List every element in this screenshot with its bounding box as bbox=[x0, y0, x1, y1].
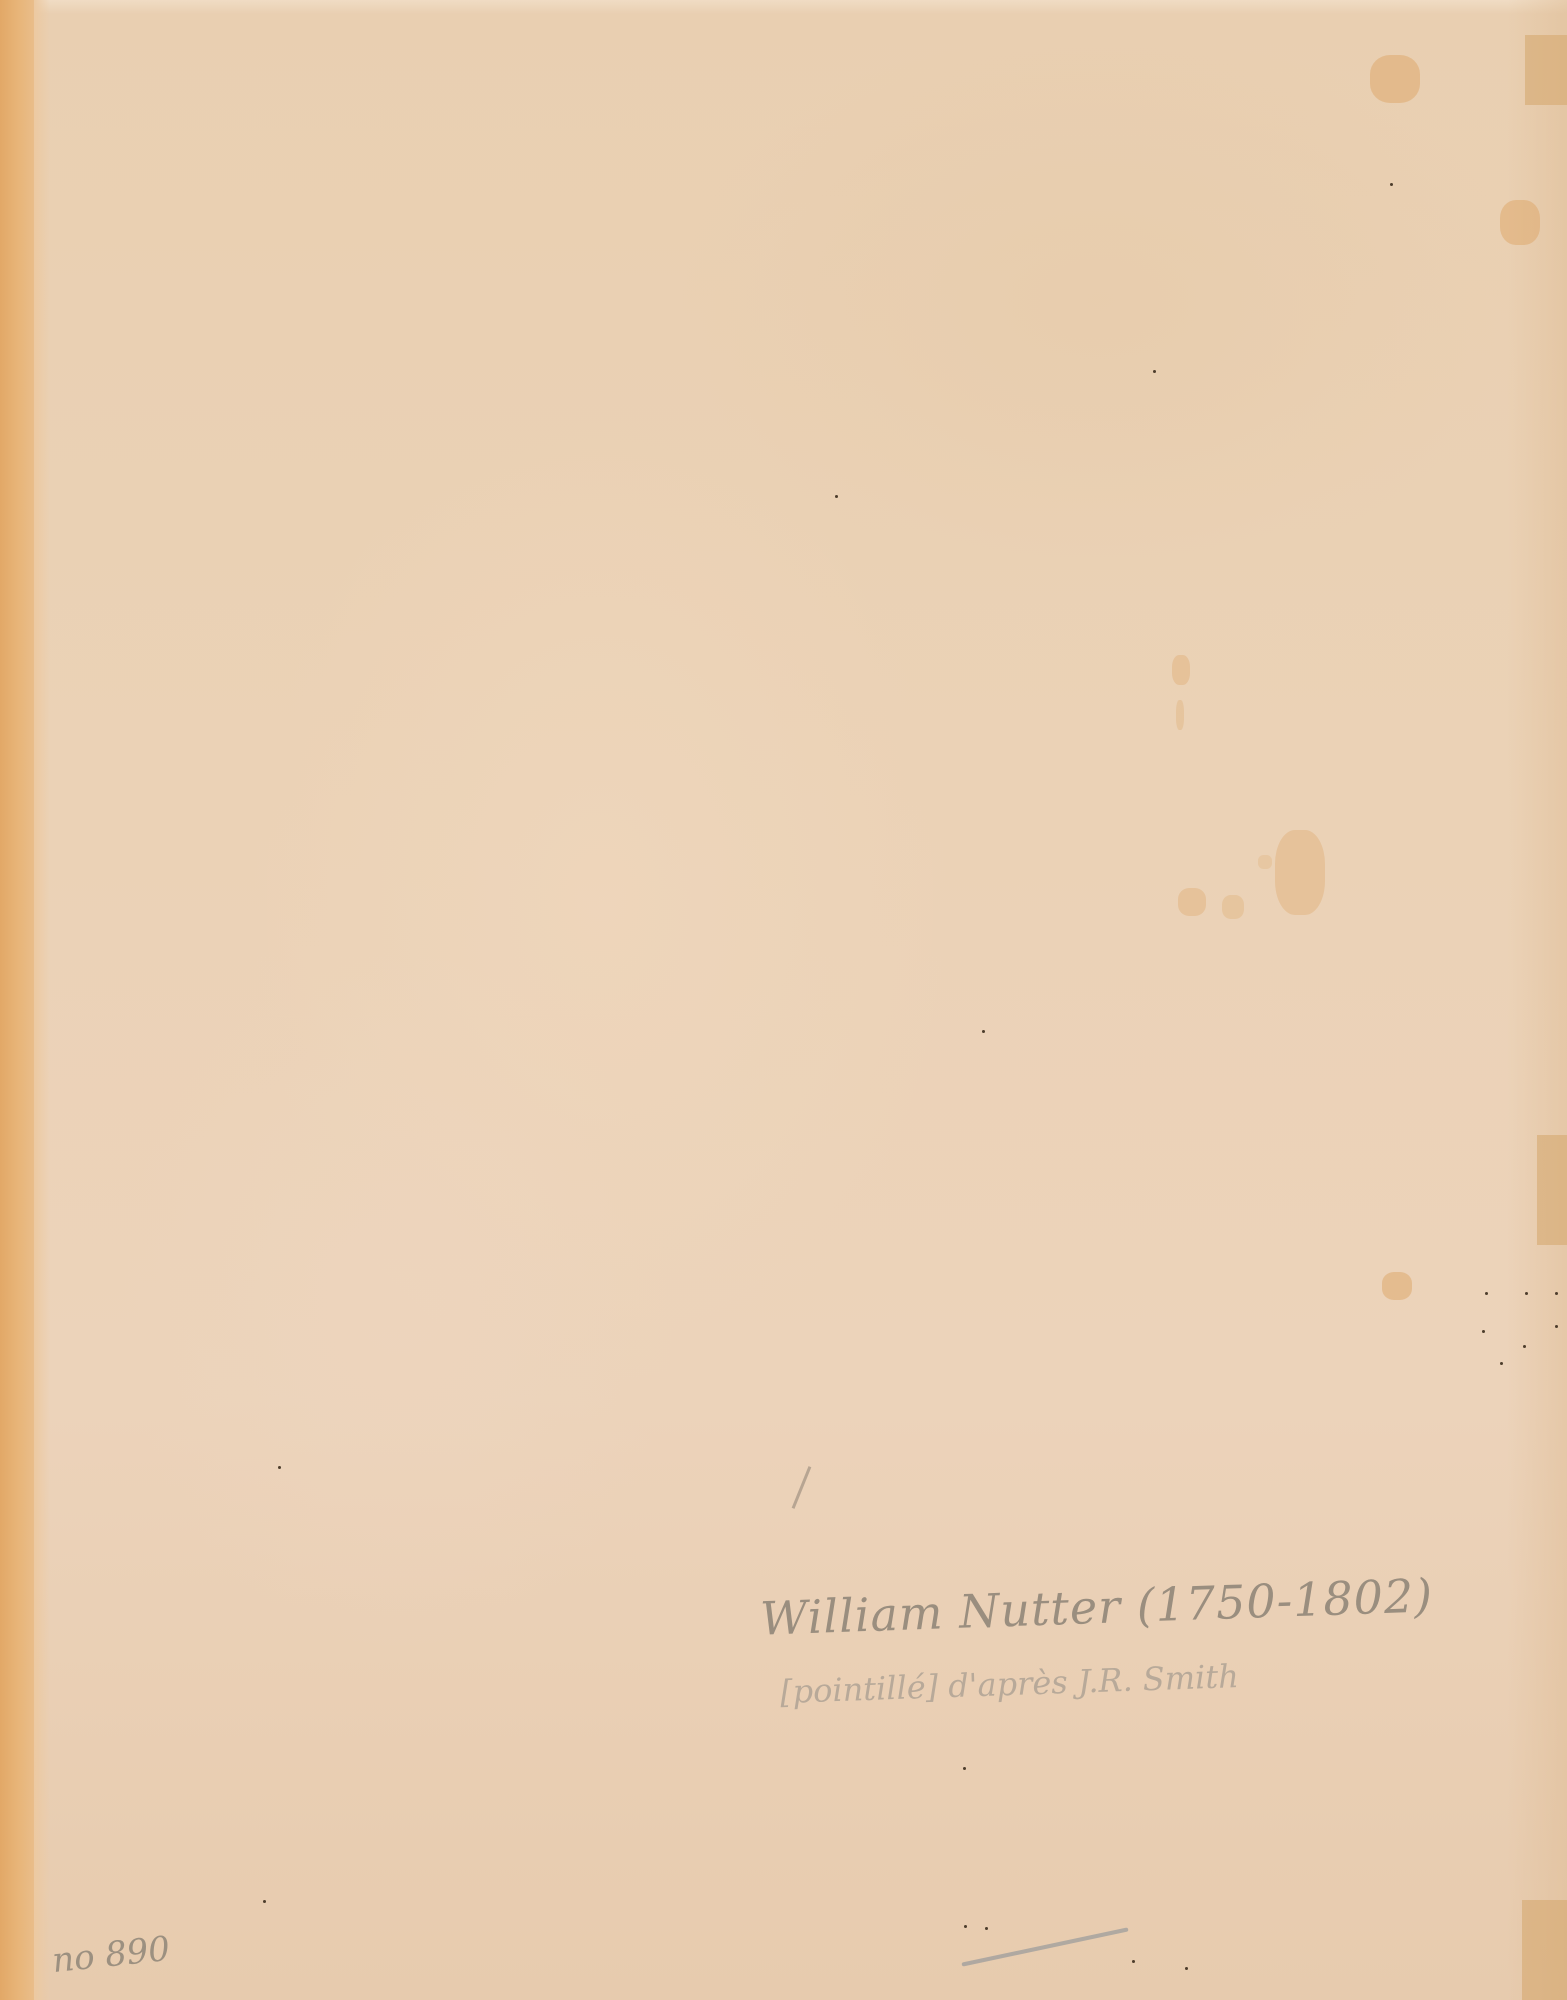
right-edge-shading bbox=[1507, 0, 1567, 2000]
speck bbox=[1185, 1967, 1188, 1970]
speck bbox=[982, 1030, 985, 1033]
left-strip-shadow bbox=[34, 0, 50, 2000]
foxing-spot bbox=[1222, 895, 1244, 919]
tape-remnant-top-right bbox=[1525, 35, 1567, 105]
catalog-number: no 890 bbox=[50, 1929, 172, 1981]
top-edge bbox=[0, 0, 1567, 14]
speck bbox=[1390, 183, 1393, 186]
speck bbox=[1153, 370, 1156, 373]
speck bbox=[1132, 1960, 1135, 1963]
speck bbox=[1485, 1292, 1488, 1295]
speck bbox=[263, 1900, 266, 1903]
tape-remnant-right-middle bbox=[1537, 1135, 1567, 1245]
foxing-spot bbox=[1258, 855, 1272, 869]
speck bbox=[964, 1925, 967, 1928]
speck bbox=[1523, 1345, 1526, 1348]
tape-remnant-bottom-right bbox=[1522, 1900, 1567, 2000]
stain-right-upper bbox=[1500, 200, 1540, 245]
speck bbox=[278, 1466, 281, 1469]
inscription-technique: [pointillé] d'après J.R. Smith bbox=[779, 1657, 1239, 1711]
stain-right-lower bbox=[1382, 1272, 1412, 1300]
speck bbox=[963, 1767, 966, 1770]
pencil-stroke bbox=[792, 1466, 812, 1509]
speck bbox=[1500, 1362, 1503, 1365]
speck bbox=[1525, 1292, 1528, 1295]
foxing-spot bbox=[1172, 655, 1190, 685]
foxing-spot bbox=[1176, 700, 1184, 730]
foxing-cluster bbox=[1275, 830, 1325, 915]
inscription-artist: William Nutter (1750-1802) bbox=[759, 1568, 1434, 1645]
left-binding-strip bbox=[0, 0, 34, 2000]
speck bbox=[985, 1927, 988, 1930]
foxing-spot bbox=[1178, 888, 1206, 916]
speck bbox=[1555, 1325, 1558, 1328]
stain-top-right bbox=[1370, 55, 1420, 103]
speck bbox=[1482, 1330, 1485, 1333]
blue-pencil-mark bbox=[961, 1927, 1128, 1966]
speck bbox=[835, 495, 838, 498]
paper-sheet: William Nutter (1750-1802) [pointillé] d… bbox=[0, 0, 1567, 2000]
speck bbox=[1555, 1292, 1558, 1295]
